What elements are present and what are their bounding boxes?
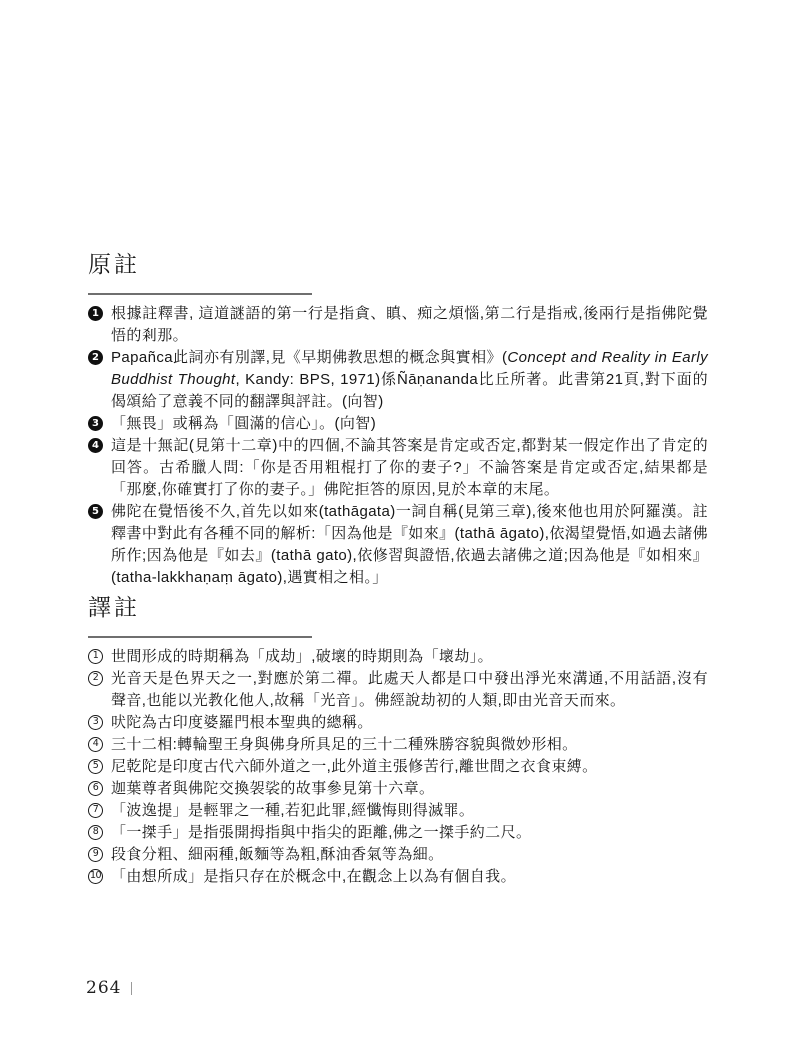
note-item: 5佛陀在覺悟後不久,首先以如來(tathāgata)一詞自稱(見第三章),後來他… <box>88 501 708 589</box>
note-text: 根據註釋書, 這道謎語的第一行是指貪、瞋、痴之煩惱,第二行是指戒,後兩行是指佛陀… <box>111 303 708 347</box>
page-footer: 264 <box>86 978 132 998</box>
note-text: 吠陀為古印度婆羅門根本聖典的總稱。 <box>111 712 708 734</box>
note-marker-filled-circle: 1 <box>88 306 103 321</box>
note-text: 「一搩手」是指張開拇指與中指尖的距離,佛之一搩手約二尺。 <box>111 822 708 844</box>
note-item: 2光音天是色界天之一,對應於第二禪。此處天人都是口中發出淨光來溝通,不用話語,沒… <box>88 668 708 712</box>
note-item: 7「波逸提」是輕罪之一種,若犯此罪,經懺悔則得滅罪。 <box>88 800 708 822</box>
note-marker-outline-circle: 7 <box>88 803 103 818</box>
note-marker-outline-circle: 10 <box>88 869 103 884</box>
note-item: 2Papañca此詞亦有別譯,見《早期佛教思想的概念與實相》(Concept a… <box>88 347 708 413</box>
note-marker-outline-circle: 5 <box>88 759 103 774</box>
note-text: 光音天是色界天之一,對應於第二禪。此處天人都是口中發出淨光來溝通,不用話語,沒有… <box>111 668 708 712</box>
heading-underline <box>88 636 312 638</box>
note-item: 10「由想所成」是指只存在於概念中,在觀念上以為有個自我。 <box>88 866 708 888</box>
note-marker-outline-circle: 6 <box>88 781 103 796</box>
note-text: 佛陀在覺悟後不久,首先以如來(tathāgata)一詞自稱(見第三章),後來他也… <box>111 501 708 589</box>
page-number: 264 <box>86 978 121 998</box>
note-text: 段食分粗、細兩種,飯麵等為粗,酥油香氣等為細。 <box>111 844 708 866</box>
note-item: 8「一搩手」是指張開拇指與中指尖的距離,佛之一搩手約二尺。 <box>88 822 708 844</box>
note-item: 3「無畏」或稱為「圓滿的信心」。(向智) <box>88 413 708 435</box>
note-text: 世間形成的時期稱為「成劫」,破壞的時期則為「壞劫」。 <box>111 646 708 668</box>
note-item: 4這是十無記(見第十二章)中的四個,不論其答案是肯定或否定,都對某一假定作出了肯… <box>88 435 708 501</box>
note-list: 1世間形成的時期稱為「成劫」,破壞的時期則為「壞劫」。2光音天是色界天之一,對應… <box>88 646 708 888</box>
section-heading: 譯註 <box>88 593 708 623</box>
section-heading: 原註 <box>88 250 708 280</box>
notes-sections: 原註 1根據註釋書, 這道謎語的第一行是指貪、瞋、痴之煩惱,第二行是指戒,後兩行… <box>88 250 708 888</box>
note-marker-outline-circle: 2 <box>88 671 103 686</box>
book-page: 原註 1根據註釋書, 這道謎語的第一行是指貪、瞋、痴之煩惱,第二行是指戒,後兩行… <box>0 0 792 1056</box>
note-text: 這是十無記(見第十二章)中的四個,不論其答案是肯定或否定,都對某一假定作出了肯定… <box>111 435 708 501</box>
notes-section: 譯註 1世間形成的時期稱為「成劫」,破壞的時期則為「壞劫」。2光音天是色界天之一… <box>88 593 708 888</box>
note-marker-outline-circle: 4 <box>88 737 103 752</box>
note-text: 迦葉尊者與佛陀交換袈裟的故事參見第十六章。 <box>111 778 708 800</box>
note-item: 9段食分粗、細兩種,飯麵等為粗,酥油香氣等為細。 <box>88 844 708 866</box>
note-marker-outline-circle: 9 <box>88 847 103 862</box>
note-marker-outline-circle: 1 <box>88 649 103 664</box>
heading-underline <box>88 293 312 295</box>
note-item: 5尼乾陀是印度古代六師外道之一,此外道主張修苦行,離世間之衣食束縛。 <box>88 756 708 778</box>
note-text: 尼乾陀是印度古代六師外道之一,此外道主張修苦行,離世間之衣食束縛。 <box>111 756 708 778</box>
note-item: 1根據註釋書, 這道謎語的第一行是指貪、瞋、痴之煩惱,第二行是指戒,後兩行是指佛… <box>88 303 708 347</box>
note-marker-filled-circle: 5 <box>88 504 103 519</box>
note-list: 1根據註釋書, 這道謎語的第一行是指貪、瞋、痴之煩惱,第二行是指戒,後兩行是指佛… <box>88 303 708 589</box>
note-item: 3吠陀為古印度婆羅門根本聖典的總稱。 <box>88 712 708 734</box>
note-text: 「由想所成」是指只存在於概念中,在觀念上以為有個自我。 <box>111 866 708 888</box>
note-text: 「波逸提」是輕罪之一種,若犯此罪,經懺悔則得滅罪。 <box>111 800 708 822</box>
note-marker-filled-circle: 3 <box>88 416 103 431</box>
note-marker-filled-circle: 4 <box>88 438 103 453</box>
notes-section: 原註 1根據註釋書, 這道謎語的第一行是指貪、瞋、痴之煩惱,第二行是指戒,後兩行… <box>88 250 708 589</box>
note-text: Papañca此詞亦有別譯,見《早期佛教思想的概念與實相》(Concept an… <box>111 347 708 413</box>
note-text: 三十二相:轉輪聖王身與佛身所具足的三十二種殊勝容貌與微妙形相。 <box>111 734 708 756</box>
note-marker-outline-circle: 8 <box>88 825 103 840</box>
note-item: 6迦葉尊者與佛陀交換袈裟的故事參見第十六章。 <box>88 778 708 800</box>
note-item: 4三十二相:轉輪聖王身與佛身所具足的三十二種殊勝容貌與微妙形相。 <box>88 734 708 756</box>
note-item: 1世間形成的時期稱為「成劫」,破壞的時期則為「壞劫」。 <box>88 646 708 668</box>
note-marker-outline-circle: 3 <box>88 715 103 730</box>
note-text: 「無畏」或稱為「圓滿的信心」。(向智) <box>111 413 708 435</box>
note-marker-filled-circle: 2 <box>88 350 103 365</box>
footer-divider-bar <box>131 982 132 995</box>
